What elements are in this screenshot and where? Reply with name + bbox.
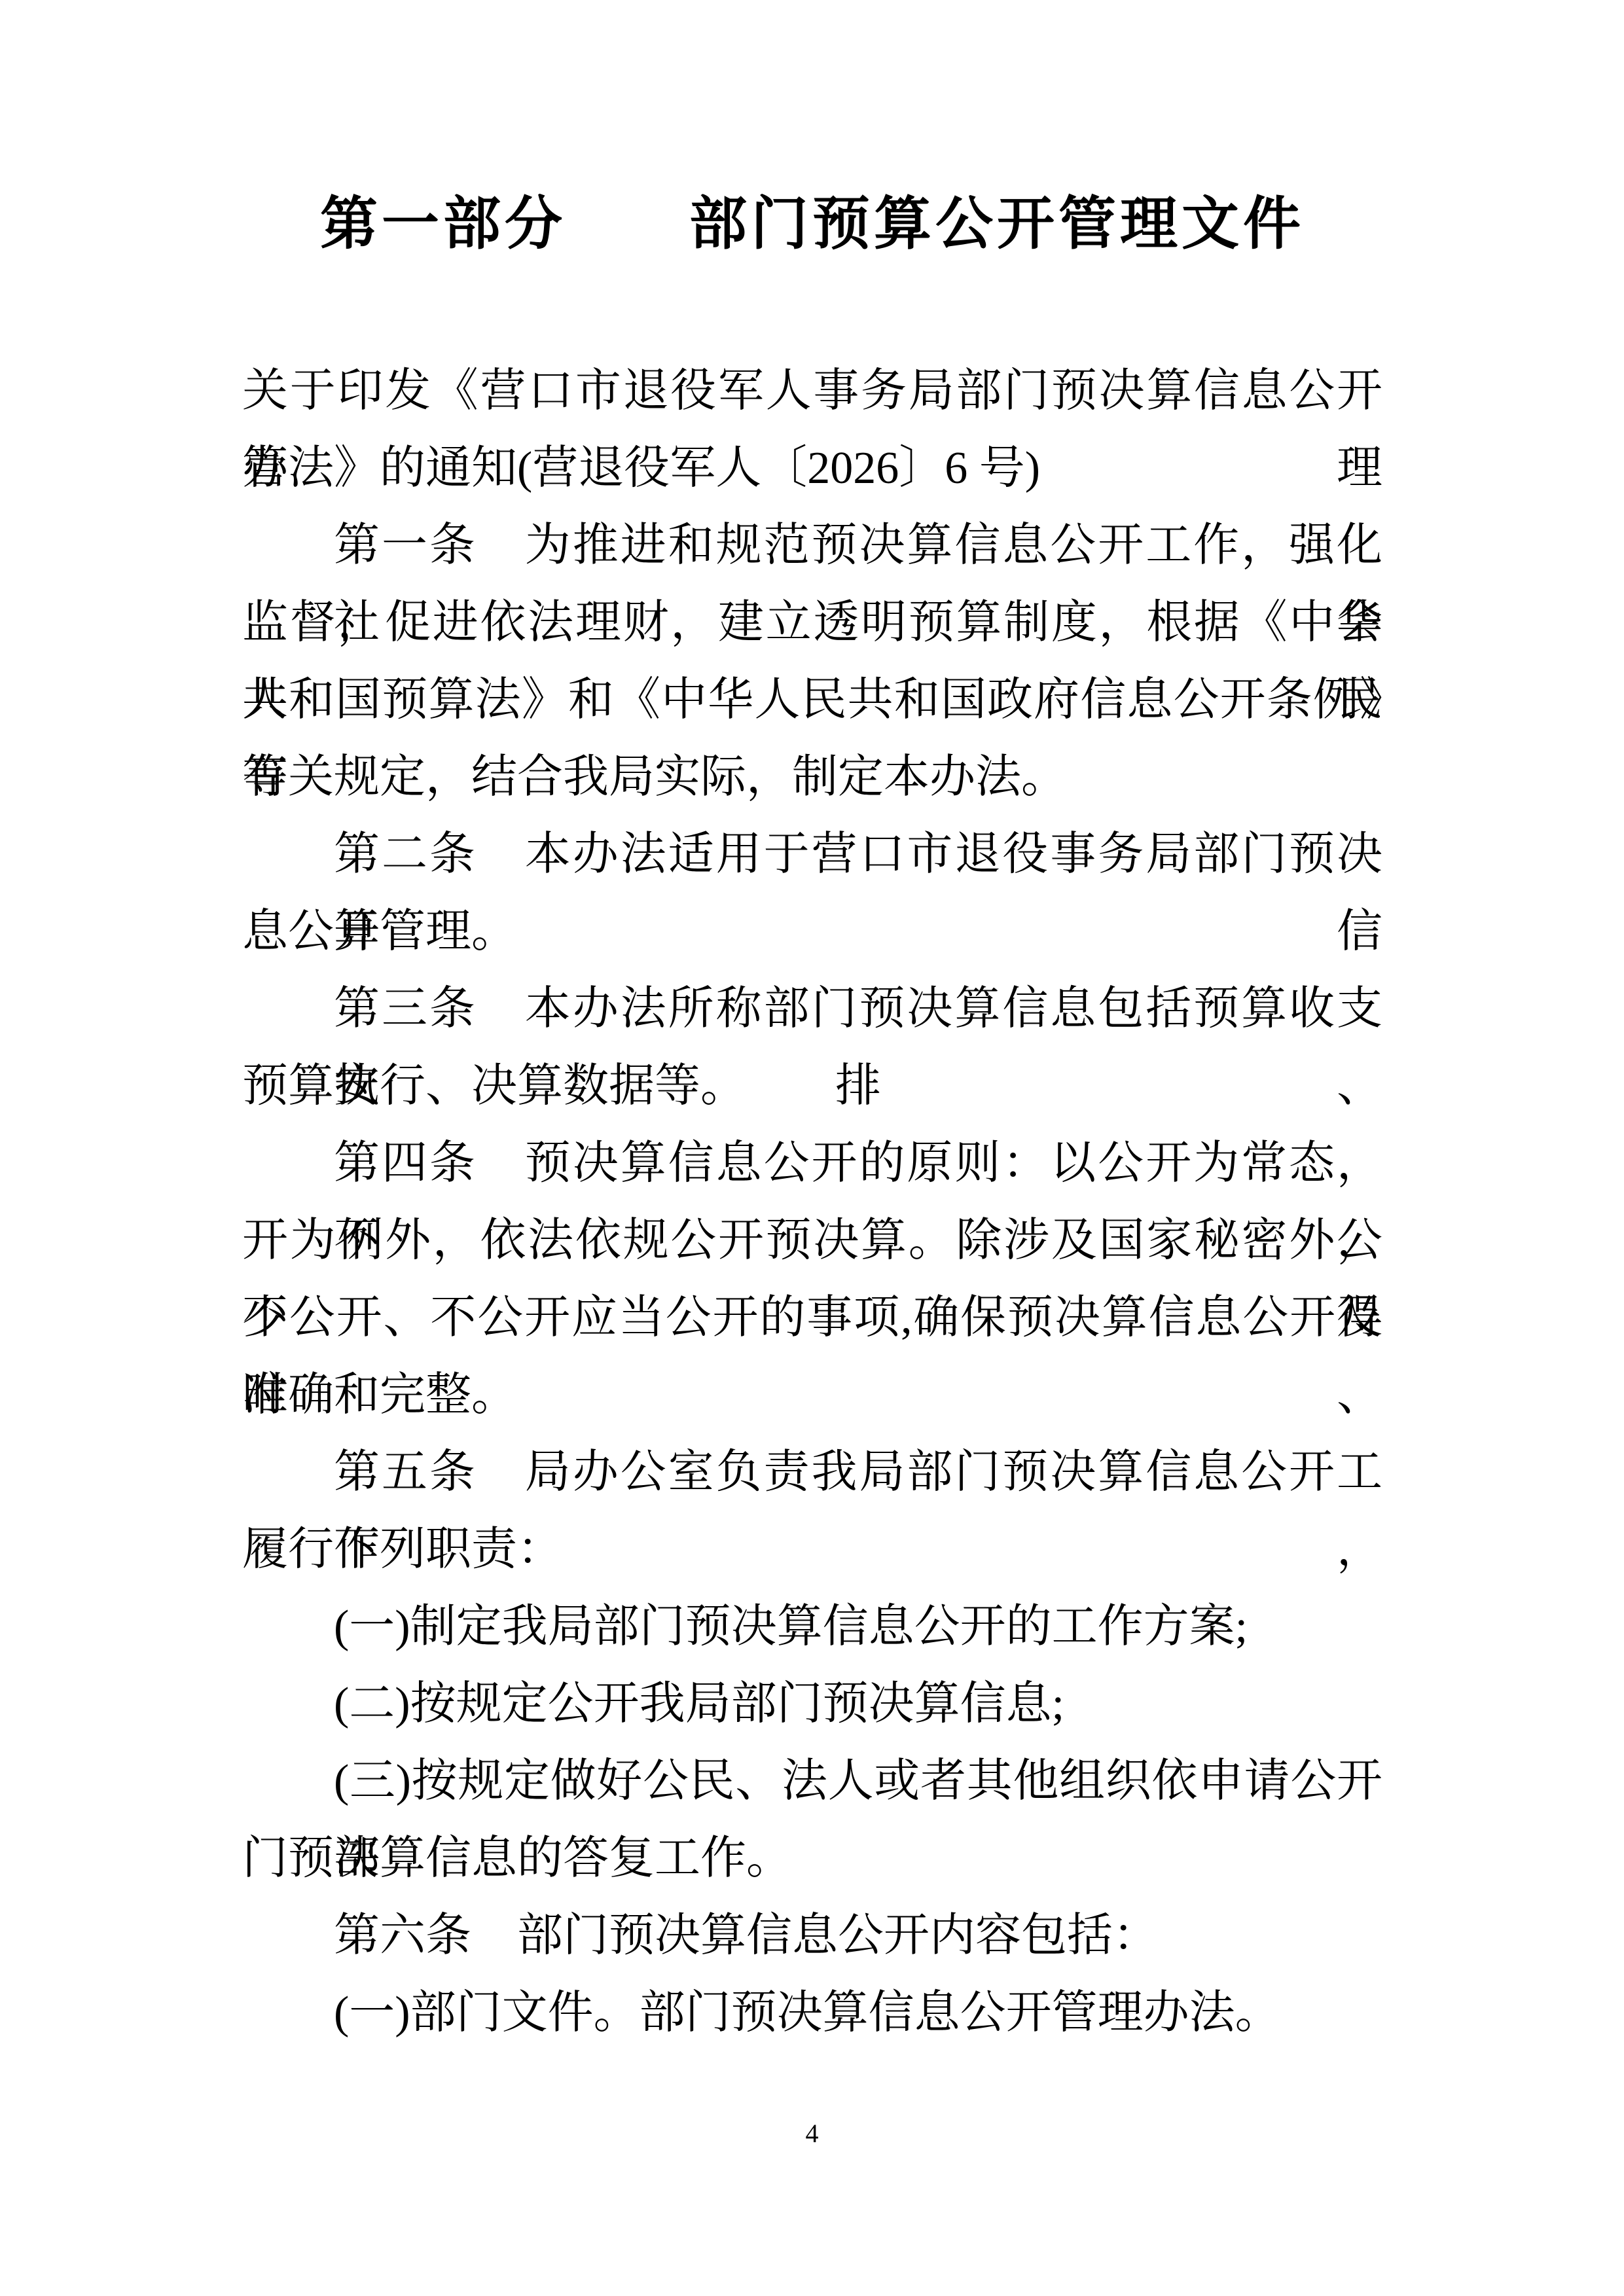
paragraph-line: 门预决算信息的答复工作。 xyxy=(242,1820,1382,1897)
paragraph-line: 开为例外，依法依规公开预决算。除涉及国家秘密外，不得 xyxy=(242,1202,1382,1280)
paragraph-line: (一)部门文件。部门预决算信息公开管理办法。 xyxy=(242,1975,1382,2052)
paragraph-line: 第五条 局办公室负责我局部门预决算信息公开工作， xyxy=(242,1434,1382,1511)
paragraph: (二)按规定公开我局部门预决算信息; xyxy=(242,1666,1382,1743)
paragraph-line: 监督，促进依法理财，建立透明预算制度，根据《中华人民 xyxy=(242,584,1382,662)
paragraph-line: (三)按规定做好公民、法人或者其他组织依申请公开部 xyxy=(242,1743,1382,1820)
paragraph-line: 少公开、不公开应当公开的事项,确保预决算信息公开及时、 xyxy=(242,1280,1382,1357)
paragraph-line: 第三条 本办法所称部门预决算信息包括预算收支安排、 xyxy=(242,971,1382,1048)
paragraph-line: 共和国预算法》和《中华人民共和国政府信息公开条例》等 xyxy=(242,662,1382,739)
paragraph-line: 第六条 部门预决算信息公开内容包括： xyxy=(242,1897,1382,1975)
paragraph-line: 有关规定，结合我局实际，制定本办法。 xyxy=(242,739,1382,816)
paragraph: 关于印发《营口市退役军人事务局部门预决算信息公开管理办法》的通知(营退役军人〔2… xyxy=(242,353,1382,507)
paragraph: 第四条 预决算信息公开的原则：以公开为常态，不公开为例外，依法依规公开预决算。除… xyxy=(242,1125,1382,1434)
paragraph: 第二条 本办法适用于营口市退役事务局部门预决算信息公开管理。 xyxy=(242,816,1382,971)
paragraph: 第三条 本办法所称部门预决算信息包括预算收支安排、预算执行、决算数据等。 xyxy=(242,971,1382,1125)
paragraph-line: 第二条 本办法适用于营口市退役事务局部门预决算信 xyxy=(242,816,1382,893)
paragraph: 第一条 为推进和规范预决算信息公开工作，强化社会监督，促进依法理财，建立透明预算… xyxy=(242,507,1382,816)
paragraph: 第六条 部门预决算信息公开内容包括： xyxy=(242,1897,1382,1975)
paragraph: 第五条 局办公室负责我局部门预决算信息公开工作，履行下列职责： xyxy=(242,1434,1382,1588)
page-title: 第一部分 部门预算公开管理文件 xyxy=(242,196,1382,254)
document-page: 第一部分 部门预算公开管理文件 关于印发《营口市退役军人事务局部门预决算信息公开… xyxy=(0,0,1624,2296)
paragraph: (一)部门文件。部门预决算信息公开管理办法。 xyxy=(242,1975,1382,2052)
paragraph: (一)制定我局部门预决算信息公开的工作方案; xyxy=(242,1588,1382,1666)
page-number: 4 xyxy=(0,2121,1624,2147)
document-body: 关于印发《营口市退役军人事务局部门预决算信息公开管理办法》的通知(营退役军人〔2… xyxy=(242,353,1382,2052)
paragraph-line: 第四条 预决算信息公开的原则：以公开为常态，不公 xyxy=(242,1125,1382,1202)
paragraph: (三)按规定做好公民、法人或者其他组织依申请公开部门预决算信息的答复工作。 xyxy=(242,1743,1382,1897)
paragraph-line: (一)制定我局部门预决算信息公开的工作方案; xyxy=(242,1588,1382,1666)
document-content: 第一部分 部门预算公开管理文件 关于印发《营口市退役军人事务局部门预决算信息公开… xyxy=(242,0,1382,2052)
paragraph-line: (二)按规定公开我局部门预决算信息; xyxy=(242,1666,1382,1743)
paragraph-line: 关于印发《营口市退役军人事务局部门预决算信息公开管理 xyxy=(242,353,1382,430)
paragraph-line: 第一条 为推进和规范预决算信息公开工作，强化社会 xyxy=(242,507,1382,584)
